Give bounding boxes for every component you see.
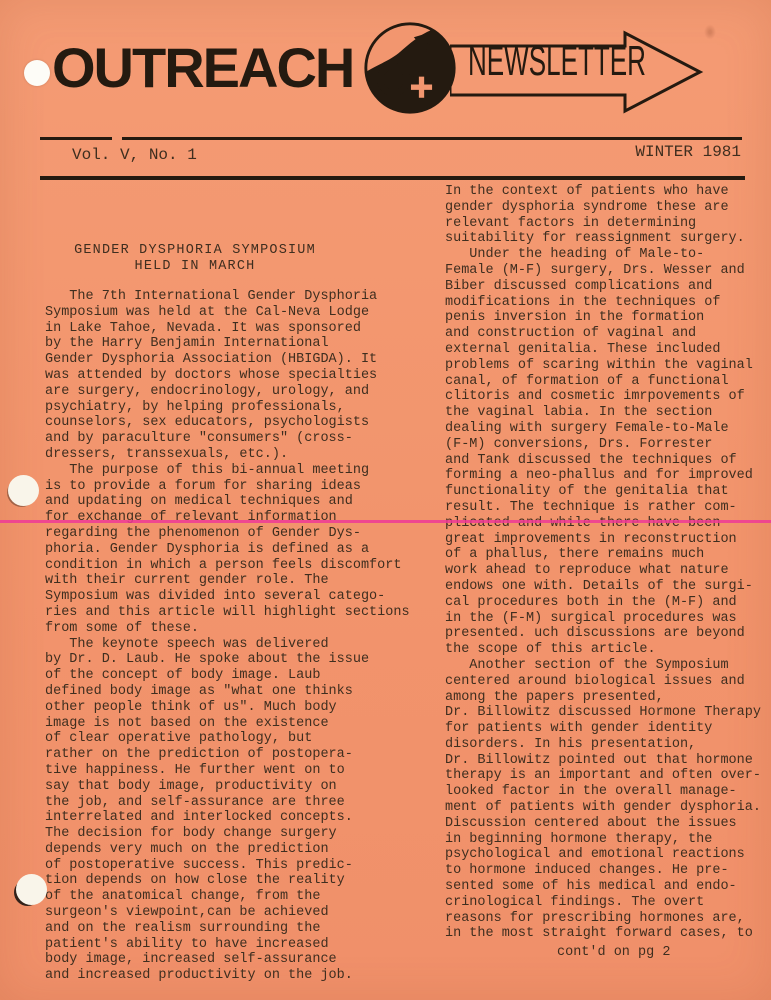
pink-scan-line <box>0 520 771 523</box>
divider-thin-right <box>122 137 742 140</box>
date-label: WINTER 1981 <box>635 143 741 161</box>
volume-label: Vol. V, No. 1 <box>72 146 197 164</box>
banner-label: NEWSLETTER <box>468 40 646 82</box>
article-body-left: The 7th International Gender Dysphoria S… <box>45 289 410 984</box>
article-heading: GENDER DYSPHORIA SYMPOSIUM HELD IN MARCH <box>45 243 345 275</box>
article-body-right: In the context of patients who have gend… <box>445 184 761 942</box>
male-female-gender-symbols-icon <box>362 20 458 116</box>
continuation-note: cont'd on pg 2 <box>557 945 761 960</box>
left-column: GENDER DYSPHORIA SYMPOSIUM HELD IN MARCH… <box>45 243 410 984</box>
right-column: In the context of patients who have gend… <box>445 184 761 960</box>
divider-thin-left <box>40 137 112 140</box>
newsletter-page: OUTREACH NEWSLETTER Vol. V, No. 1 WINTER… <box>0 0 771 1000</box>
hole-punch-middle <box>8 475 39 506</box>
white-dot-artifact <box>24 60 50 86</box>
divider-thick <box>40 176 745 180</box>
hole-punch-bottom <box>16 874 47 905</box>
newsletter-title: OUTREACH <box>52 40 353 96</box>
